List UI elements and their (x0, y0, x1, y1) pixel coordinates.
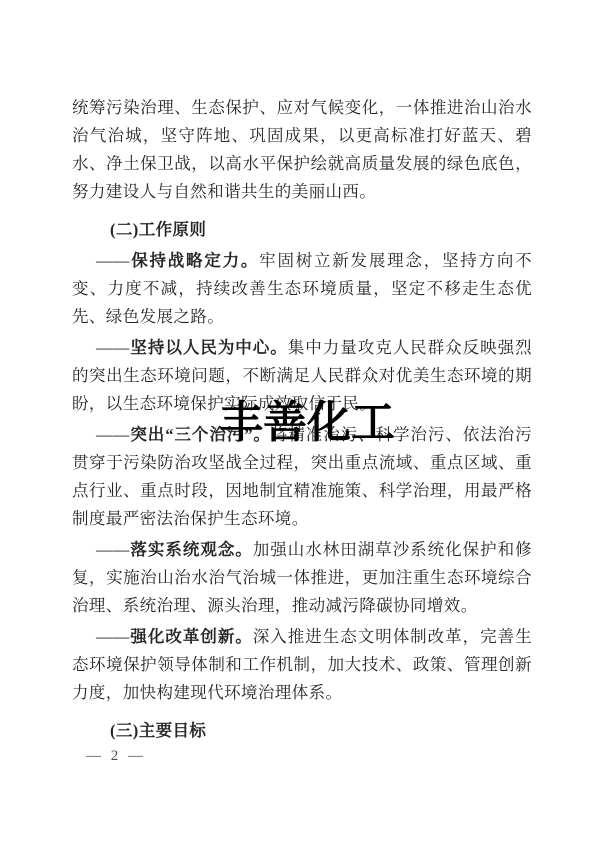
paragraph-dash: —— (96, 251, 130, 270)
paragraph-lead: 坚持以人民为中心。 (130, 338, 288, 357)
section-heading: (二)工作原则 (72, 216, 532, 244)
body-paragraph: ——落实系统观念。加强山水林田湖草沙系统化保护和修复，实施治山治水治气治城一体推… (72, 536, 532, 620)
paragraph-lead: 强化改革创新。 (130, 627, 253, 646)
paragraph-dash: —— (96, 338, 130, 357)
page-number: — 2 — (86, 746, 146, 766)
paragraph-lead: 保持战略定力。 (130, 251, 259, 270)
paragraph-dash: —— (96, 540, 130, 559)
body-paragraph: ——强化改革创新。深入推进生态文明体制改革，完善生态环境保护领导体制和工作机制，… (72, 623, 532, 707)
section-heading: (三)主要目标 (72, 717, 532, 745)
body-paragraph: 统筹污染治理、生态保护、应对气候变化，一体推进治山治水治气治城，坚守阵地、巩固成… (72, 94, 532, 206)
paragraph-dash: —— (96, 425, 130, 444)
watermark-text: 丰善化工 (219, 401, 395, 445)
body-paragraph: ——保持战略定力。牢固树立新发展理念，坚持方向不变、力度不减，持续改善生态环境质… (72, 247, 532, 331)
paragraph-dash: —— (96, 627, 130, 646)
document-page: { "page": { "background_color": "#ffffff… (0, 0, 600, 848)
paragraph-lead: 落实系统观念。 (130, 540, 253, 559)
paragraph-text: 统筹污染治理、生态保护、应对气候变化，一体推进治山治水治气治城，坚守阵地、巩固成… (72, 98, 532, 201)
